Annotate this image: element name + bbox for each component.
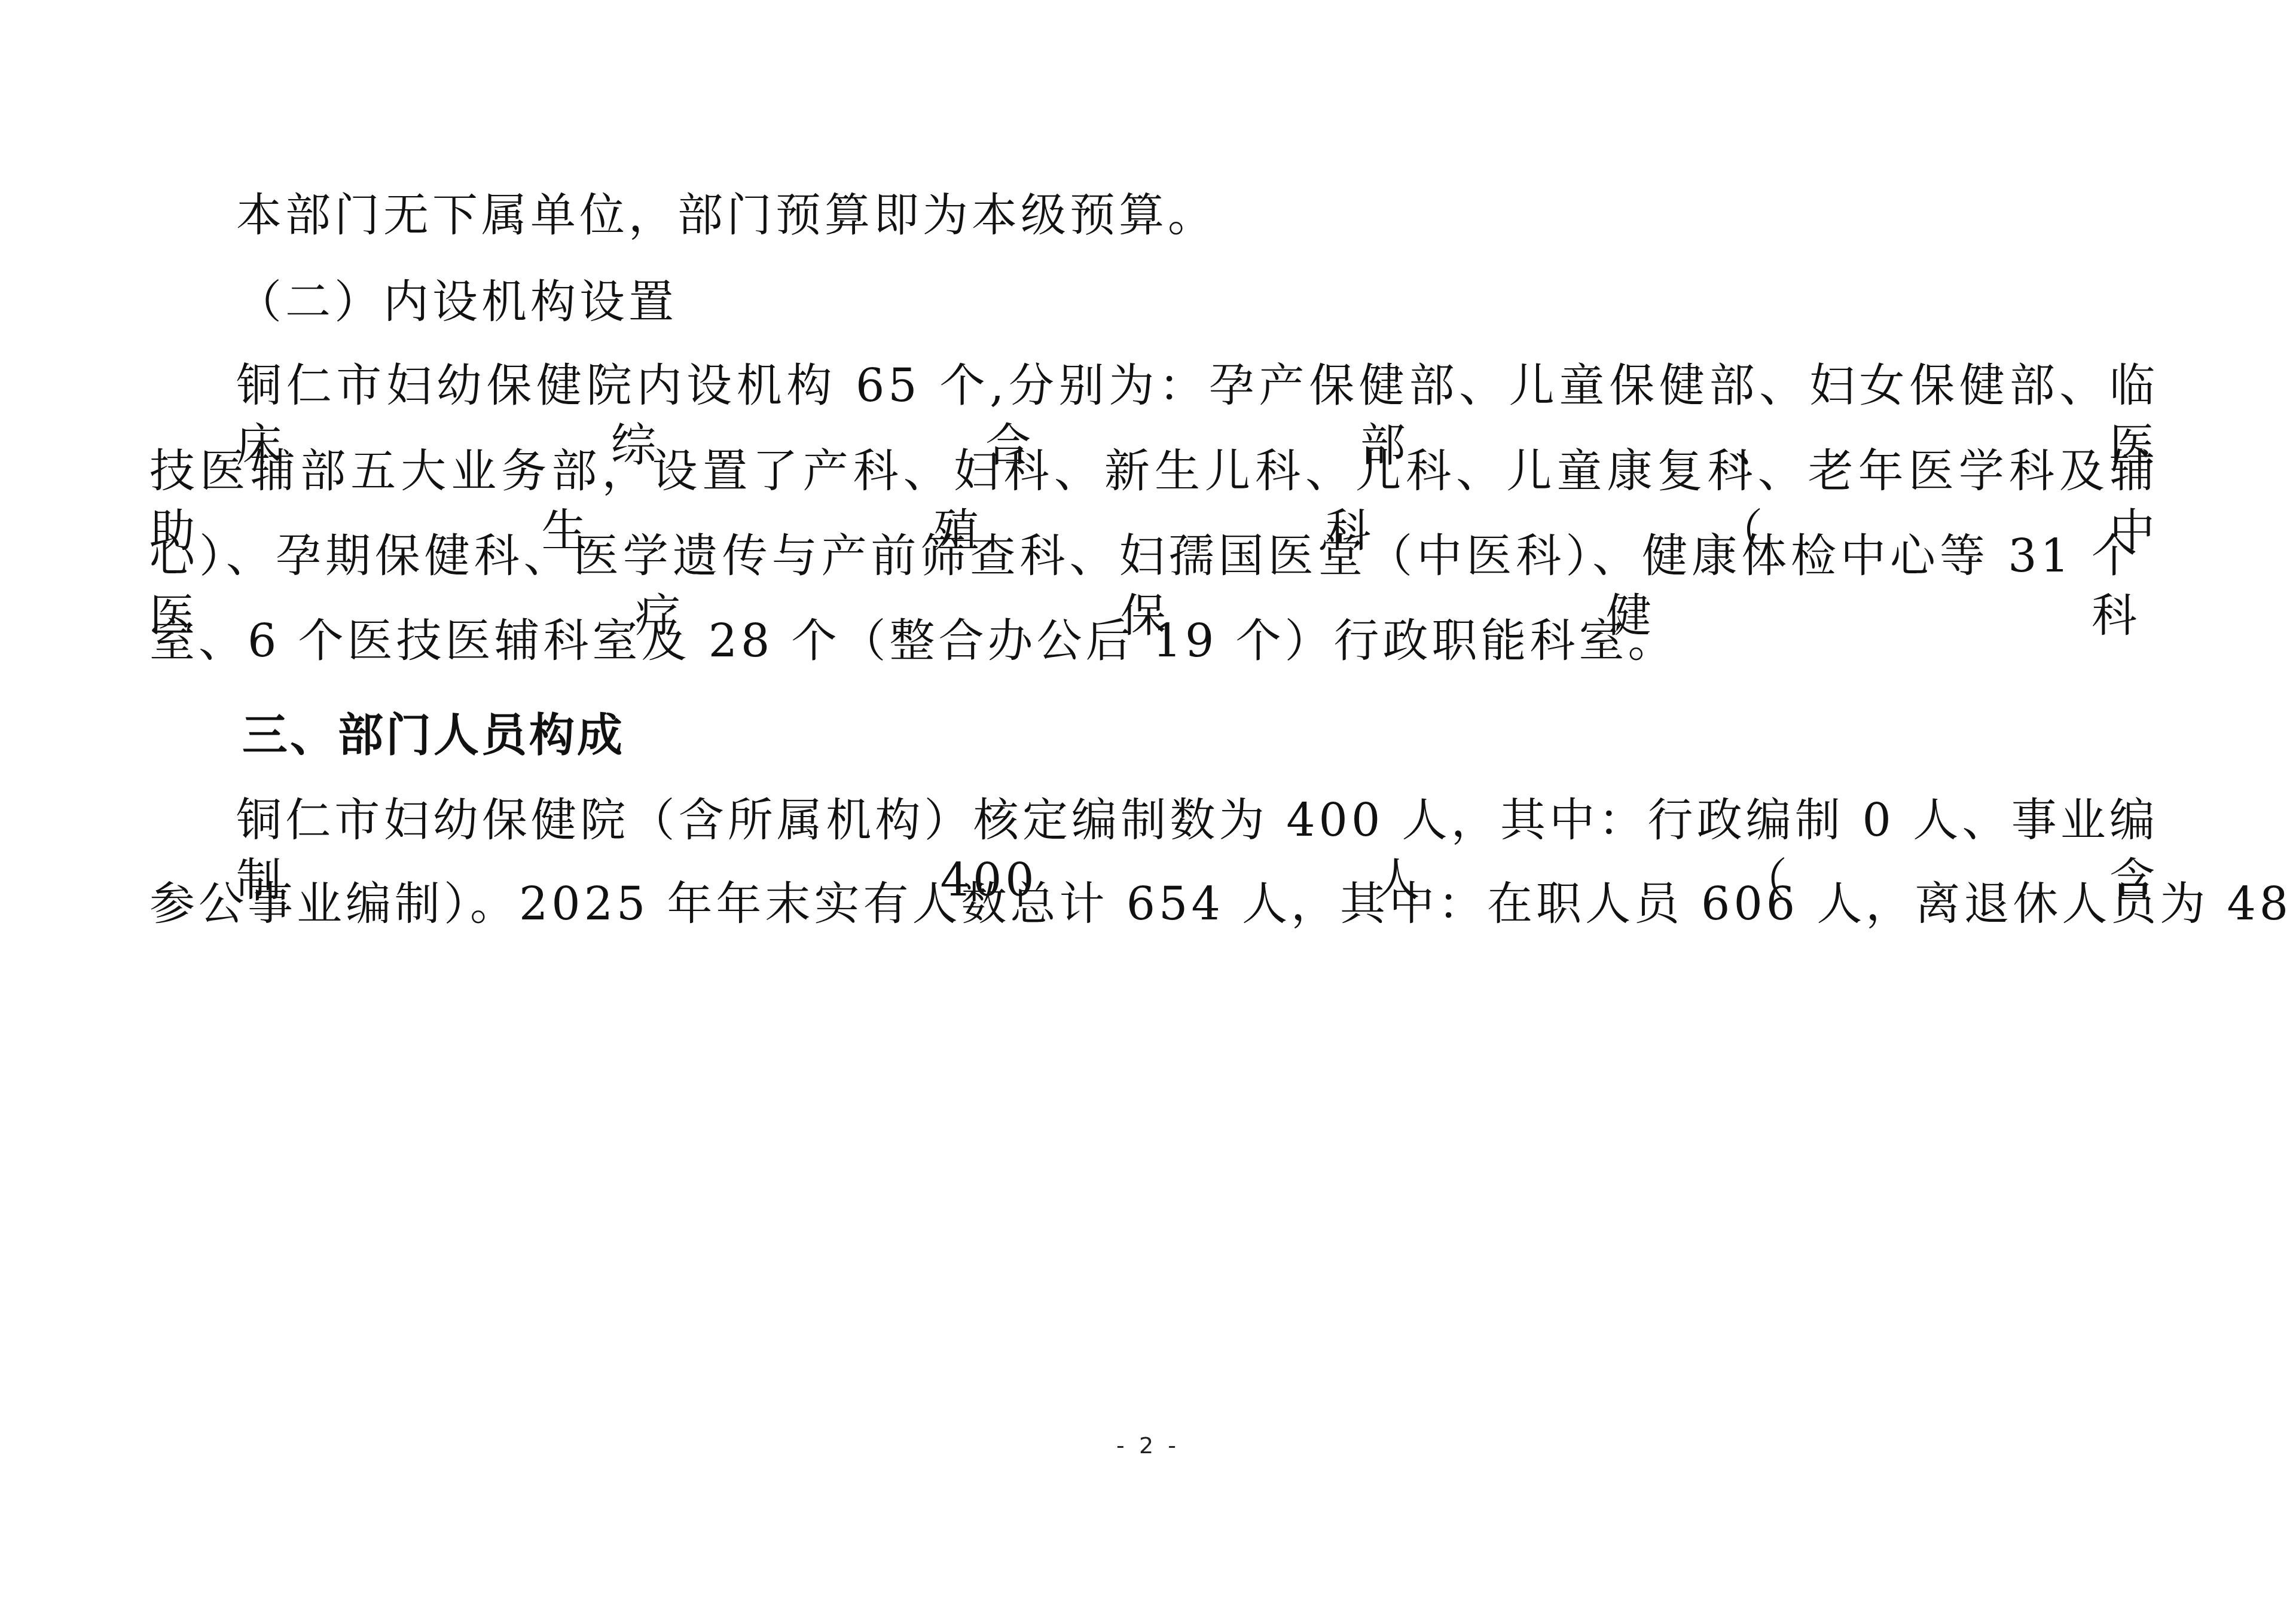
section-heading-staff-composition: 三、部门人员构成	[242, 705, 625, 765]
paragraph-structure-line-4: 室、6 个医技医辅科室及 28 个（整合办公后 19 个）行政职能科室。	[149, 611, 1677, 671]
paragraph-staff-line-2: 参公事业编制）。2025 年年末实有人数总计 654 人，其中：在职人员 606…	[149, 874, 2296, 934]
subheading-internal-structure: （二）内设机构设置	[236, 272, 677, 332]
paragraph-budget-note: 本部门无下属单位，部门预算即为本级预算。	[236, 185, 1217, 245]
page-number: - 2 -	[0, 1432, 2296, 1459]
document-page: 本部门无下属单位，部门预算即为本级预算。 （二）内设机构设置 铜仁市妇幼保健院内…	[0, 0, 2296, 1623]
